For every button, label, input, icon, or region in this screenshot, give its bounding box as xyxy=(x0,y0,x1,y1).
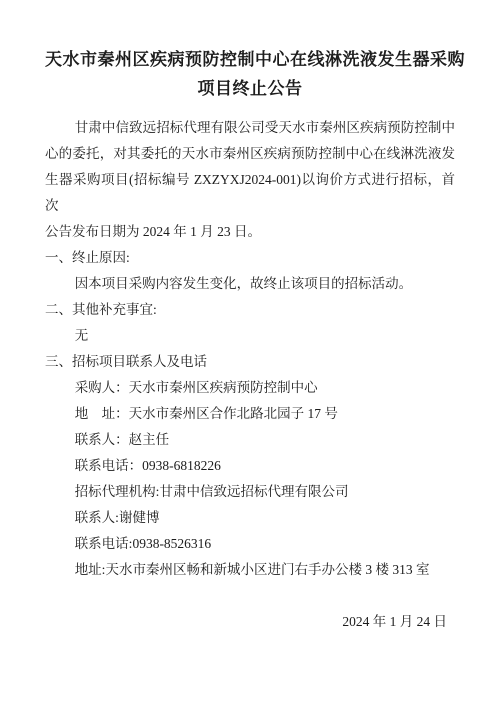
contact-line-purchaser-contact: 联系人：赵主任 xyxy=(45,427,455,453)
document-body: 甘肃中信致远招标代理有限公司受天水市秦州区疾病预防控制中 心的委托，对其委托的天… xyxy=(45,115,455,635)
contact-line-agency: 招标代理机构:甘肃中信致远招标代理有限公司 xyxy=(45,479,455,505)
document-date: 2024 年 1 月 24 日 xyxy=(45,609,455,635)
contact-line-purchaser-address: 地 址：天水市秦州区合作北路北园子 17 号 xyxy=(45,401,455,427)
contact-line-agency-address: 地址:天水市秦州区畅和新城小区进门右手办公楼 3 楼 313 室 xyxy=(45,557,455,583)
title-line-2: 项目终止公告 xyxy=(45,74,455,103)
contact-line-purchaser-phone: 联系电话：0938-6818226 xyxy=(45,453,455,479)
intro-line-4: 公告发布日期为 2024 年 1 月 23 日。 xyxy=(45,219,455,245)
section-3-heading: 三、招标项目联系人及电话 xyxy=(45,349,455,375)
contact-line-agency-phone: 联系电话:0938-8526316 xyxy=(45,531,455,557)
intro-line-3: 生器采购项目(招标编号 ZXZYXJ2024-001)以询价方式进行招标，首次 xyxy=(45,167,455,219)
section-2-body: 无 xyxy=(45,323,455,349)
contact-line-purchaser: 采购人：天水市秦州区疾病预防控制中心 xyxy=(45,375,455,401)
document-title: 天水市秦州区疾病预防控制中心在线淋洗液发生器采购 项目终止公告 xyxy=(45,45,455,103)
intro-line-1: 甘肃中信致远招标代理有限公司受天水市秦州区疾病预防控制中 xyxy=(45,115,455,141)
section-1-body: 因本项目采购内容发生变化，故终止该项目的招标活动。 xyxy=(45,271,455,297)
intro-line-2: 心的委托，对其委托的天水市秦州区疾病预防控制中心在线淋洗液发 xyxy=(45,141,455,167)
title-line-1: 天水市秦州区疾病预防控制中心在线淋洗液发生器采购 xyxy=(45,45,455,74)
section-2-heading: 二、其他补充事宜: xyxy=(45,297,455,323)
contact-line-agency-contact: 联系人:谢健博 xyxy=(45,505,455,531)
announcement-document: 天水市秦州区疾病预防控制中心在线淋洗液发生器采购 项目终止公告 甘肃中信致远招标… xyxy=(0,0,500,706)
section-1-heading: 一、终止原因: xyxy=(45,245,455,271)
